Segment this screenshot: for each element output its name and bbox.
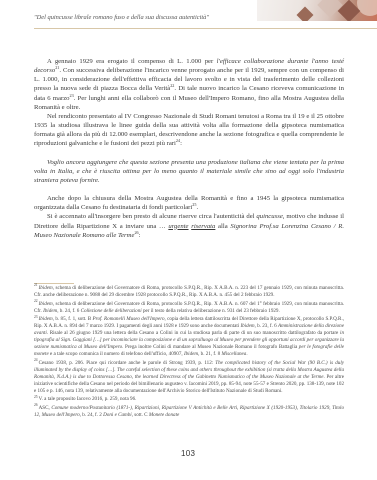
footnote-number: 23 — [34, 315, 38, 319]
text-run: , b. 24, f. 2 — [80, 412, 103, 418]
decorative-header-art — [257, 0, 377, 21]
text-run: Cesano 1938, p. 206. Piace qui ricordare… — [39, 360, 216, 366]
text-run: , b. 85, f. 1, sott. B — [53, 316, 93, 322]
italic-text: Ibidem — [39, 301, 53, 307]
footnote: 26ASC, Comune moderno/Postunitario (1871… — [34, 405, 344, 419]
italic-text: Miscellanea — [221, 351, 246, 357]
text-run: e a tale scopo comunica il numero di tel… — [49, 351, 184, 357]
italic-text: Ibidem — [240, 323, 254, 329]
text-run: Nel rendiconto presentato al IV Congress… — [34, 113, 344, 147]
text-run: , b. 21, f. 8 — [198, 351, 221, 357]
text-run: A gennaio 1929 era erogato il compenso d… — [47, 58, 217, 65]
text-run: per il testo della relativa deliberazion… — [142, 308, 280, 314]
body-paragraph: Si è accennato all'insorgere ben presto … — [34, 212, 344, 239]
footnote: 25V. a tale proposito Iacovo 2016, p. 25… — [34, 396, 344, 403]
decor-circle-icon — [357, 0, 377, 16]
text-run: . — [196, 204, 198, 211]
body-paragraph: A gennaio 1929 era erogato il compenso d… — [34, 57, 344, 112]
italic-text: Ibidem — [39, 285, 53, 291]
text-run: , schema di deliberazione del Governator… — [34, 285, 344, 298]
text-run: Si è accennato all'insorgere ben presto … — [47, 213, 256, 220]
page-number: 103 — [181, 449, 195, 458]
footnote-number: 22 — [34, 299, 38, 303]
italic-text: Doni e Cambi — [103, 412, 132, 418]
block-quote: Voglio ancora aggiungere che questa sezi… — [34, 158, 344, 185]
text-run: . Risale al 26 giugno 1929 una lettera d… — [47, 330, 340, 336]
italic-text: Ibidem — [184, 351, 198, 357]
body-paragraph: Anche dopo la chiusura della Mostra Augu… — [34, 194, 344, 212]
footnote-divider — [34, 283, 74, 284]
text-run: , b. 23, f. 6 — [255, 323, 278, 329]
footnotes-section: 21Ibidem, schema di deliberazione del Go… — [34, 285, 344, 421]
text-run: ASC, — [39, 405, 52, 411]
footnote-number: 21 — [34, 283, 38, 287]
page-header: "Del quincusse librale romano fuso e del… — [0, 0, 377, 29]
running-title: "Del quincusse librale romano fuso e del… — [34, 14, 209, 21]
underlined-text: riservata — [191, 223, 215, 230]
footnote: 21Ibidem, schema di deliberazione del Go… — [34, 285, 344, 299]
italic-text: Monete donate — [149, 412, 179, 418]
footnote-number: 25 — [34, 395, 38, 399]
footnote: 24Cesano 1938, p. 206. Piace qui ricorda… — [34, 360, 344, 395]
header-divider — [34, 28, 377, 29]
main-body-text: A gennaio 1929 era erogato il compenso d… — [34, 57, 344, 240]
text-run: . Prega inoltre Colini di mandare al Mus… — [122, 344, 299, 350]
italic-text: quincusse — [256, 213, 282, 220]
italic-text: Ibidem — [43, 308, 57, 314]
text-run: . Per lunghi anni ella collaborò con il … — [34, 95, 344, 111]
text-run: V. a tale proposito Iacovo 2016, p. 259,… — [39, 396, 137, 402]
decor-diamond-icon — [297, 7, 314, 21]
text-run: alla — [215, 223, 230, 230]
text-run: : — [139, 232, 141, 239]
italic-text: Prof. Romanelli Museo dell'Impero — [93, 316, 165, 322]
footnote: 22Ibidem, schema di deliberazione del Go… — [34, 301, 344, 315]
text-run: Anche dopo la chiusura della Mostra Augu… — [34, 195, 344, 211]
text-run: , b. 24, f. 6 — [57, 308, 80, 314]
footnote-number: 26 — [34, 403, 38, 407]
body-paragraph: Nel rendiconto presentato al IV Congress… — [34, 112, 344, 149]
footnote-number: 24 — [34, 358, 38, 362]
text-run: , sott. C — [132, 412, 149, 418]
italic-text: Collezione delle deliberazioni — [81, 308, 142, 314]
text-run: Voglio ancora aggiungere che questa sezi… — [34, 159, 344, 184]
text-run: . — [246, 351, 247, 357]
italic-text: Ibidem — [39, 316, 53, 322]
footnote: 23Ibidem, b. 85, f. 1, sott. B Prof. Rom… — [34, 316, 344, 358]
text-run: : — [180, 140, 182, 147]
underlined-text: urgente — [168, 223, 188, 230]
